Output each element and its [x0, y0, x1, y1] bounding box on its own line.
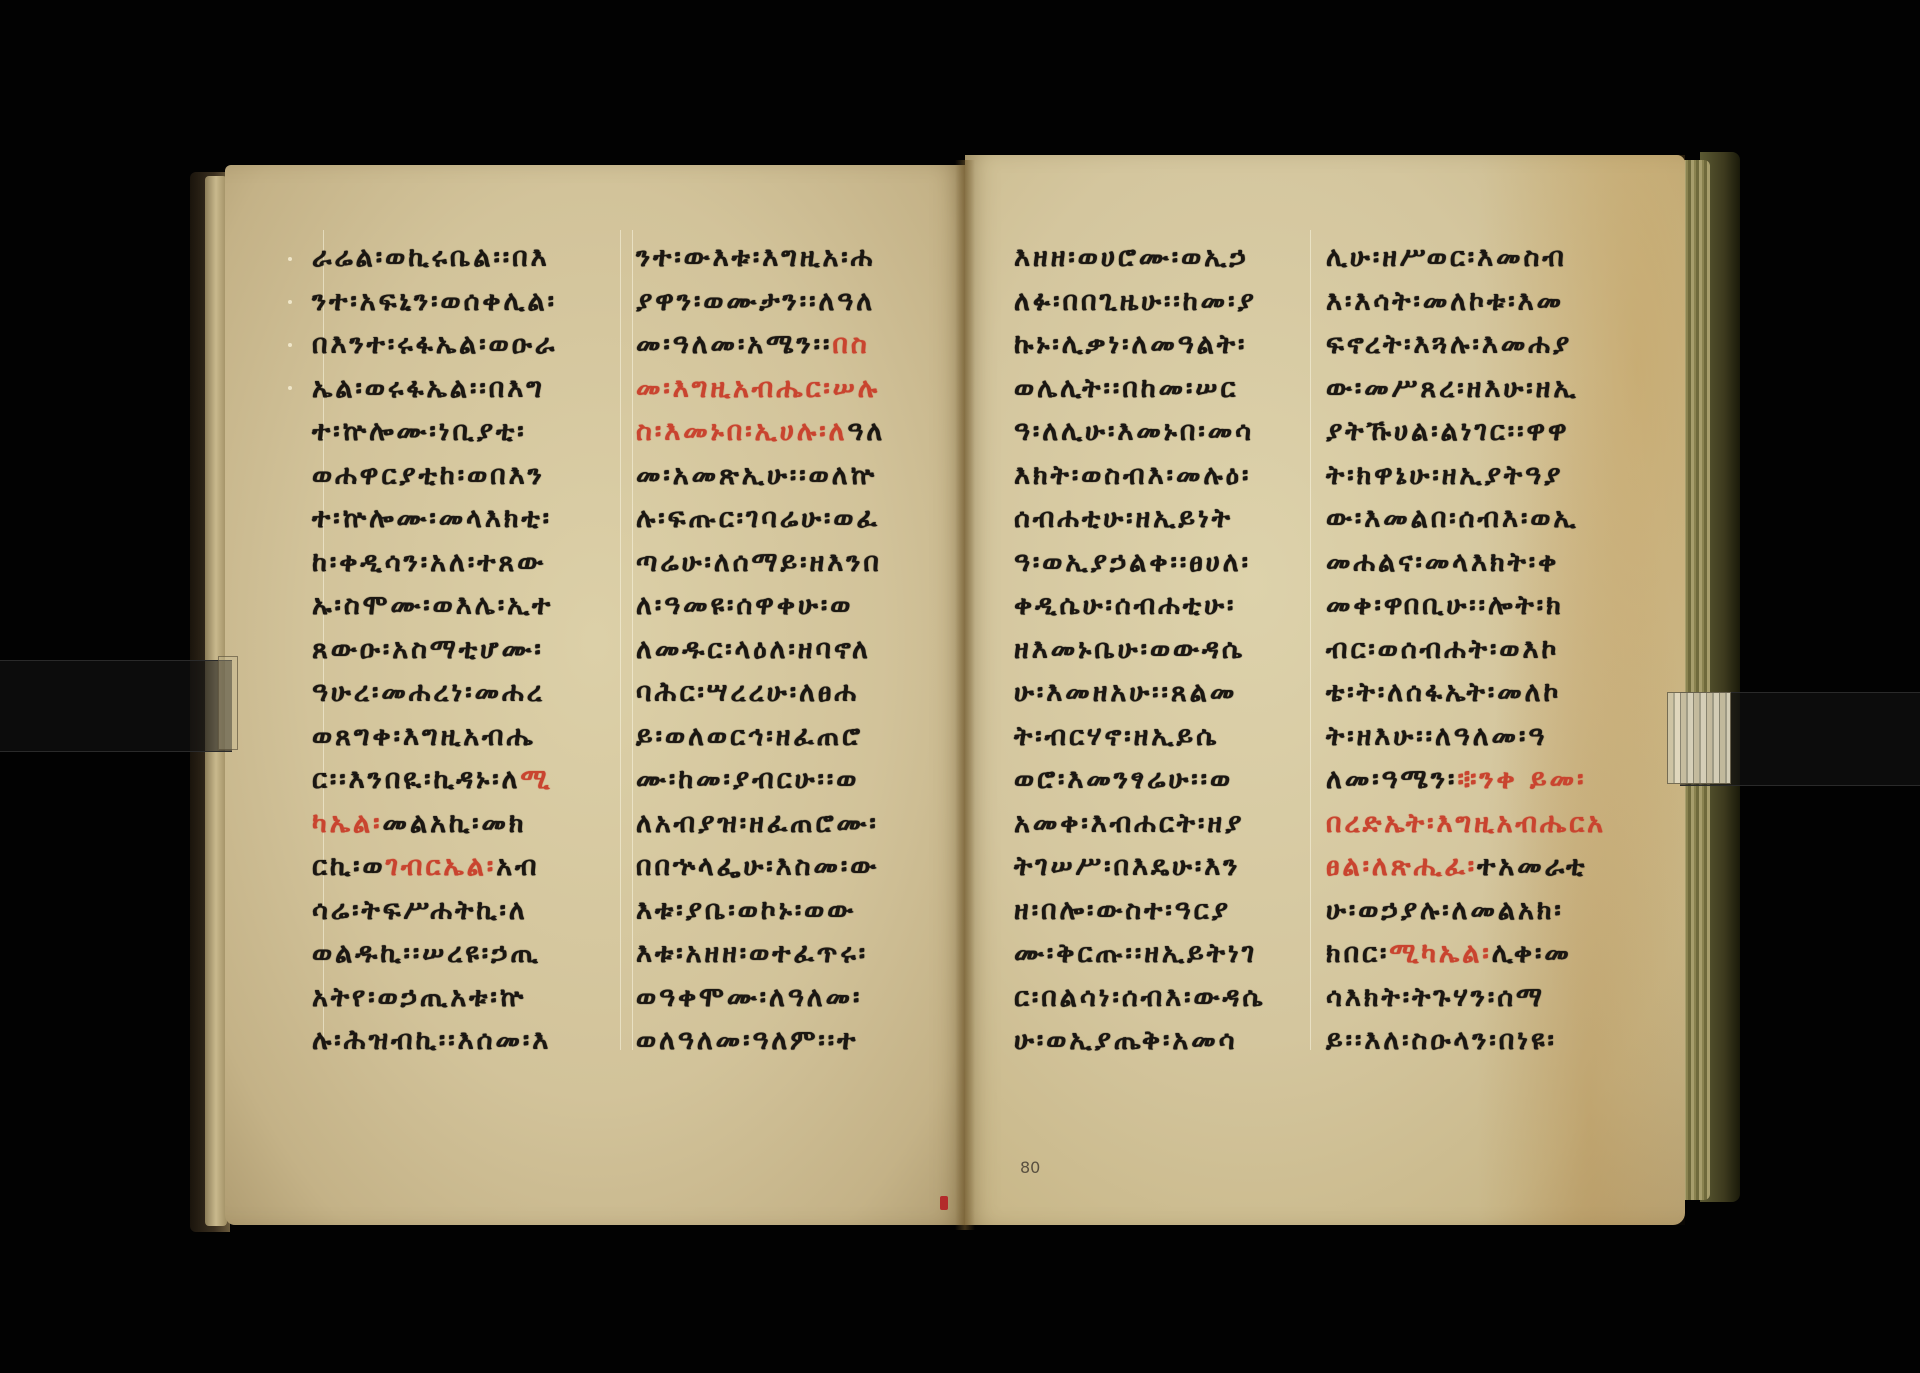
manuscript-line: ለ፡ዓመዩ፡ሰዋቀሁ፡ወ	[636, 584, 885, 628]
manuscript-line: ከ፡ቀዲሳን፡አለ፡ተጸው	[312, 541, 557, 585]
manuscript-text: እክት፡ወስብእ፡መሉዕ፡	[1014, 460, 1251, 491]
manuscript-line: ቀዲሴሁ፡ሰብሐቲሁ፡	[1014, 584, 1265, 628]
manuscript-text: ብር፡ወሰብሐት፡ወእኮ	[1326, 634, 1559, 665]
rubricated-text: ስ፡እመኑበ፡ኢሀሉ፡ለ	[636, 416, 847, 447]
manuscript-line: ስ፡እመኑበ፡ኢሀሉ፡ለዓለ	[636, 410, 885, 454]
manuscript-text: ክበር፡	[1326, 938, 1389, 969]
manuscript-line: ሁ፡እመዘአሁ፡፡ጸልመ	[1014, 671, 1265, 715]
manuscript-text: ለ፡ዓመዩ፡ሰዋቀሁ፡ወ	[636, 590, 853, 621]
manuscript-text: ዘ፡በሎ፡ውስተ፡ዓርያ	[1014, 895, 1231, 926]
manuscript-line: ብር፡ወሰብሐት፡ወእኮ	[1326, 628, 1606, 672]
manuscript-text: አብ	[496, 851, 539, 882]
manuscript-text: ትገሠሥ፡በእዴሁ፡እን	[1014, 851, 1240, 882]
manuscript-text: ው፡እመልበ፡ሰብእ፡ወኢ	[1326, 503, 1579, 534]
manuscript-line: በበኍላፌሁ፡እስመ፡ው	[636, 845, 885, 889]
manuscript-text: ይ፡ወለወርኅ፡ዘፈጠሮ	[636, 721, 863, 752]
manuscript-line: አትየ፡ወኃጢአቱ፡ኵ	[312, 976, 557, 1020]
manuscript-line: ባሕር፡ሣረረሁ፡ለፀሐ	[636, 671, 885, 715]
rubricated-text: ገብርኤል፡	[386, 851, 497, 882]
manuscript-text: ሙ፡ከመ፡ያብርሁ፡፡ወ	[636, 764, 859, 795]
manuscript-line: መሐልና፡መላእክት፡ቀ	[1326, 541, 1606, 585]
manuscript-line: ጣሬሁ፡ለሰማይ፡ዘእንበ	[636, 541, 885, 585]
manuscript-text: ከ፡ቀዲሳን፡አለ፡ተጸው	[312, 547, 546, 578]
rubricated-text: ካኤል፡	[312, 808, 383, 839]
manuscript-line: ት፡ክዋኔሁ፡ዘኢያትዓያ	[1326, 454, 1606, 498]
manuscript-line: ወሮ፡እመንፃሬሁ፡፡ወ	[1014, 758, 1265, 802]
manuscript-line: ት፡ዘእሁ፡፡ለዓለመ፡ዓ	[1326, 715, 1606, 759]
manuscript-line: ው፡መሥጸረ፡ዘእሁ፡ዘኢ	[1326, 367, 1606, 411]
manuscript-text: ት፡ዘእሁ፡፡ለዓለመ፡ዓ	[1326, 721, 1547, 752]
manuscript-line: ኡ፡ስሞሙ፡ወእሌ፡ኢተ	[312, 584, 557, 628]
manuscript-line: ዓ፡ለሊሁ፡እመኑበ፡መሳ	[1014, 410, 1265, 454]
manuscript-line: ሙ፡ከመ፡ያብርሁ፡፡ወ	[636, 758, 885, 802]
manuscript-text: ኤል፡ወሩፋኤል፡፡በእግ	[312, 373, 545, 404]
manuscript-line: ራሬል፡ወኪሩቤል፡፡በእ	[312, 236, 557, 280]
manuscript-text: እዘዘ፡ወሀሮሙ፡ወኢኃ	[1014, 242, 1249, 273]
manuscript-text: ወሌሊት፡፡በከመ፡ሠር	[1014, 373, 1238, 404]
manuscript-text: መልአኪ፡መክ	[383, 808, 527, 839]
manuscript-line: ተ፡ኵሎሙ፡ነቢያቲ፡	[312, 410, 557, 454]
manuscript-line: ለመዱር፡ላዕለ፡ዘባኖለ	[636, 628, 885, 672]
red-binding-thread	[940, 1196, 948, 1210]
manuscript-text: ያትኹሀል፡ልነገር፡፡ዋዋ	[1326, 416, 1570, 447]
pricking-hole	[288, 343, 292, 347]
manuscript-line: መቀ፡ዋበቢሁ፡፡ሎት፡ክ	[1326, 584, 1606, 628]
left-mount-strap	[0, 660, 232, 752]
manuscript-line: ሙ፡ቅርጡ፡፡ዘኢይትነገ	[1014, 932, 1265, 976]
book-gutter	[955, 160, 975, 1230]
manuscript-line: በእንተ፡ሩፋኤል፡ወዑራ	[312, 323, 557, 367]
manuscript-text: ፍኖረት፡እጓሉ፡እመሐያ	[1326, 329, 1572, 360]
manuscript-line: ዓሁረ፡መሐረነ፡መሐረ	[312, 671, 557, 715]
manuscript-text: ሙ፡ቅርጡ፡፡ዘኢይትነገ	[1014, 938, 1257, 969]
manuscript-text: ሁ፡ወኃያሉ፡ለመልአክ፡	[1326, 895, 1564, 926]
manuscript-text: ለአብያዝ፡ዘፈጠሮሙ፡	[636, 808, 879, 839]
manuscript-line: ወሐዋርያቲከ፡ወበእን	[312, 454, 557, 498]
manuscript-line: ሳሬ፡ትፍሥሐትኪ፡ለ	[312, 889, 557, 933]
manuscript-text: አመቀ፡እብሐርት፡ዘያ	[1014, 808, 1244, 839]
manuscript-line: ሰብሐቲሁ፡ዘኢይነት	[1014, 497, 1265, 541]
folio-number: 80	[1020, 1158, 1040, 1177]
manuscript-line: ያትኹሀል፡ልነገር፡፡ዋዋ	[1326, 410, 1606, 454]
manuscript-text: ጣሬሁ፡ለሰማይ፡ዘእንበ	[636, 547, 882, 578]
manuscript-text: ለፉ፡በበጊዜሁ፡፡ከመ፡ያ	[1014, 286, 1257, 317]
manuscript-line: ሁ፡ወኃያሉ፡ለመልአክ፡	[1326, 889, 1606, 933]
manuscript-text: ዘእመኑቤሁ፡ወውዳሴ	[1014, 634, 1245, 665]
manuscript-line: አመቀ፡እብሐርት፡ዘያ	[1014, 802, 1265, 846]
manuscript-text: እቱ፡ያቤ፡ወኮኑ፡ወው	[636, 895, 856, 926]
manuscript-line: ሉ፡ሕዝብኪ፡፡እሰመ፡እ	[312, 1019, 557, 1063]
left-mount-clip	[218, 656, 238, 750]
manuscript-line: ኩኑ፡ሊቃነ፡ለመዓልት፡	[1014, 323, 1265, 367]
pricking-hole	[288, 386, 292, 390]
manuscript-text: ወዓቀሞሙ፡ለዓለመ፡	[636, 982, 862, 1013]
manuscript-line: ፀል፡ለጽሒፈ፡ተአመራቲ	[1326, 845, 1606, 889]
manuscript-text: ር፡፡እንበዪ፡ኪዳኑ፡ለ	[312, 764, 520, 795]
manuscript-text: ወሐዋርያቲከ፡ወበእን	[312, 460, 545, 491]
manuscript-text: ተ፡ኵሎሙ፡ነቢያቲ፡	[312, 416, 527, 447]
manuscript-text: ኩኑ፡ሊቃነ፡ለመዓልት፡	[1014, 329, 1247, 360]
manuscript-line: ለመ፡ዓሜን፡፨ንቀ ይመ፡	[1326, 758, 1606, 802]
manuscript-line: መ፡ዓለመ፡አሜን፡፡በስ	[636, 323, 885, 367]
manuscript-text: ራሬል፡ወኪሩቤል፡፡በእ	[312, 242, 550, 273]
manuscript-line: ይ፡ወለወርኅ፡ዘፈጠሮ	[636, 715, 885, 759]
manuscript-text: ሊሁ፡ዘሥወር፡እመስብ	[1326, 242, 1567, 273]
manuscript-line: ቴ፡ት፡ለሰፋኤት፡መለኮ	[1326, 671, 1606, 715]
manuscript-line: በረድኤት፡እግዚአብሔርአ	[1326, 802, 1606, 846]
manuscript-line: መ፡አመጽኢሁ፡፡ወለኵ	[636, 454, 885, 498]
manuscript-line: ኤል፡ወሩፋኤል፡፡በእግ	[312, 367, 557, 411]
manuscript-text: ተአመራቲ	[1477, 851, 1587, 882]
manuscript-text: ሁ፡ወኢያጤቅ፡አመሳ	[1014, 1025, 1238, 1056]
manuscript-text: ዓለ	[847, 416, 885, 447]
manuscript-line: ው፡እመልበ፡ሰብእ፡ወኢ	[1326, 497, 1606, 541]
rubricated-text: ፨ንቀ ይመ፡	[1457, 764, 1586, 795]
ruling-line	[1310, 230, 1311, 1050]
manuscript-text: ኡ፡ስሞሙ፡ወእሌ፡ኢተ	[312, 590, 553, 621]
manuscript-text: ሳሬ፡ትፍሥሐትኪ፡ለ	[312, 895, 528, 926]
ruling-line	[620, 230, 621, 1050]
manuscript-text: ሁ፡እመዘአሁ፡፡ጸልመ	[1014, 677, 1237, 708]
left-page-column-2: ንተ፡ውእቱ፡እግዚአ፡ሐያዋን፡ወሙታን፡፡ለዓለመ፡ዓለመ፡አሜን፡፡በስመ…	[636, 236, 885, 1063]
manuscript-text: ወሮ፡እመንፃሬሁ፡፡ወ	[1014, 764, 1233, 795]
manuscript-line: ወጸግቀ፡እግዚአብሔ	[312, 715, 557, 759]
manuscript-text: ው፡መሥጸረ፡ዘእሁ፡ዘኢ	[1326, 373, 1579, 404]
manuscript-line: ሉ፡ፍጡር፡ገባሬሁ፡ወፈ	[636, 497, 885, 541]
manuscript-text: ት፡ብርሃኖ፡ዘኢይሴ	[1014, 721, 1219, 752]
manuscript-line: ለአብያዝ፡ዘፈጠሮሙ፡	[636, 802, 885, 846]
manuscript-line: ዘእመኑቤሁ፡ወውዳሴ	[1014, 628, 1265, 672]
manuscript-line: ክበር፡ሚካኤል፡ሊቀ፡መ	[1326, 932, 1606, 976]
ruling-line	[632, 230, 633, 1050]
manuscript-text: ወልዱኪ፡፡ሠረዩ፡ኃጢ	[312, 938, 541, 969]
manuscript-line: ወዓቀሞሙ፡ለዓለመ፡	[636, 976, 885, 1020]
manuscript-text: ዓ፡ወኢያኃልቀ፡፡ፀሀለ፡	[1014, 547, 1251, 578]
manuscript-text: መ፡ዓለመ፡አሜን፡፡	[636, 329, 832, 360]
manuscript-line: ወለዓለመ፡ዓለም፡፡ተ	[636, 1019, 885, 1063]
manuscript-text: እ፡እሳት፡መለኮቱ፡እመ	[1326, 286, 1564, 317]
right-page-column-1: እዘዘ፡ወሀሮሙ፡ወኢኃለፉ፡በበጊዜሁ፡፡ከመ፡ያኩኑ፡ሊቃነ፡ለመዓልት፡ወ…	[1014, 236, 1265, 1063]
manuscript-line: ር፡በልሳነ፡ሰብእ፡ውዳሴ	[1014, 976, 1265, 1020]
rubricated-text: በስ	[832, 329, 869, 360]
manuscript-text: ሳእክት፡ትጉሃን፡ሰማ	[1326, 982, 1545, 1013]
manuscript-text: ቀዲሴሁ፡ሰብሐቲሁ፡	[1014, 590, 1236, 621]
manuscript-text: ጸውዑ፡አስማቲሆሙ፡	[312, 634, 544, 665]
rubricated-text: መ፡እግዚአብሔር፡ሠሉ	[636, 373, 880, 404]
manuscript-text: ንተ፡ውእቱ፡እግዚአ፡ሐ	[636, 242, 875, 273]
manuscript-text: አትየ፡ወኃጢአቱ፡ኵ	[312, 982, 526, 1013]
manuscript-line: ፍኖረት፡እጓሉ፡እመሐያ	[1326, 323, 1606, 367]
manuscript-line: ያዋን፡ወሙታን፡፡ለዓለ	[636, 280, 885, 324]
manuscript-text: ለመ፡ዓሜን፡	[1326, 764, 1457, 795]
manuscript-line: እዘዘ፡ወሀሮሙ፡ወኢኃ	[1014, 236, 1265, 280]
manuscript-line: ለፉ፡በበጊዜሁ፡፡ከመ፡ያ	[1014, 280, 1265, 324]
manuscript-text: ቴ፡ት፡ለሰፋኤት፡መለኮ	[1326, 677, 1561, 708]
manuscript-text: ወጸግቀ፡እግዚአብሔ	[312, 721, 536, 752]
manuscript-line: ተ፡ኵሎሙ፡መላእክቲ፡	[312, 497, 557, 541]
manuscript-line: ጸውዑ፡አስማቲሆሙ፡	[312, 628, 557, 672]
manuscript-text: ሉ፡ሕዝብኪ፡፡እሰመ፡እ	[312, 1025, 551, 1056]
manuscript-text: መ፡አመጽኢሁ፡፡ወለኵ	[636, 460, 877, 491]
rubricated-text: ሚ	[520, 764, 552, 795]
pricking-hole	[288, 257, 292, 261]
manuscript-line: ንተ፡አፍኒን፡ወሰቀሊል፡	[312, 280, 557, 324]
manuscript-text: ሊቀ፡መ	[1492, 938, 1572, 969]
manuscript-line: ንተ፡ውእቱ፡እግዚአ፡ሐ	[636, 236, 885, 280]
manuscript-line: ትገሠሥ፡በእዴሁ፡እን	[1014, 845, 1265, 889]
manuscript-line: ት፡ብርሃኖ፡ዘኢይሴ	[1014, 715, 1265, 759]
right-mount-clip	[1667, 692, 1731, 784]
manuscript-text: መሐልና፡መላእክት፡ቀ	[1326, 547, 1559, 578]
manuscript-text: ንተ፡አፍኒን፡ወሰቀሊል፡	[312, 286, 557, 317]
manuscript-line: ሁ፡ወኢያጤቅ፡አመሳ	[1014, 1019, 1265, 1063]
manuscript-line: ዘ፡በሎ፡ውስተ፡ዓርያ	[1014, 889, 1265, 933]
rubricated-text: ፀል፡ለጽሒፈ፡	[1326, 851, 1477, 882]
manuscript-text: በበኍላፌሁ፡እስመ፡ው	[636, 851, 879, 882]
manuscript-line: ርኪ፡ወገብርኤል፡አብ	[312, 845, 557, 889]
manuscript-text: በእንተ፡ሩፋኤል፡ወዑራ	[312, 329, 557, 360]
manuscript-text: መቀ፡ዋበቢሁ፡፡ሎት፡ክ	[1326, 590, 1564, 621]
manuscript-text: እቱ፡አዘዘ፡ወተፈጥሩ፡	[636, 938, 868, 969]
manuscript-line: ካኤል፡መልአኪ፡መክ	[312, 802, 557, 846]
manuscript-text: ይ፡፡እለ፡ስዑላን፡በነዩ፡	[1326, 1025, 1557, 1056]
manuscript-line: ዓ፡ወኢያኃልቀ፡፡ፀሀለ፡	[1014, 541, 1265, 585]
manuscript-text: ተ፡ኵሎሙ፡መላእክቲ፡	[312, 503, 552, 534]
manuscript-text: ባሕር፡ሣረረሁ፡ለፀሐ	[636, 677, 859, 708]
manuscript-text: ያዋን፡ወሙታን፡፡ለዓለ	[636, 286, 875, 317]
manuscript-line: ወሌሊት፡፡በከመ፡ሠር	[1014, 367, 1265, 411]
manuscript-line: ወልዱኪ፡፡ሠረዩ፡ኃጢ	[312, 932, 557, 976]
manuscript-line: እክት፡ወስብእ፡መሉዕ፡	[1014, 454, 1265, 498]
manuscript-text: ት፡ክዋኔሁ፡ዘኢያትዓያ	[1326, 460, 1563, 491]
right-page-column-2: ሊሁ፡ዘሥወር፡እመስብእ፡እሳት፡መለኮቱ፡እመፍኖረት፡እጓሉ፡እመሐያው፡…	[1326, 236, 1606, 1063]
manuscript-text: ዓ፡ለሊሁ፡እመኑበ፡መሳ	[1014, 416, 1254, 447]
manuscript-text: ዓሁረ፡መሐረነ፡መሐረ	[312, 677, 545, 708]
manuscript-line: ር፡፡እንበዪ፡ኪዳኑ፡ለሚ	[312, 758, 557, 802]
pricking-hole	[288, 300, 292, 304]
rubricated-text: በረድኤት፡እግዚአብሔርአ	[1326, 808, 1606, 839]
manuscript-line: ሳእክት፡ትጉሃን፡ሰማ	[1326, 976, 1606, 1020]
manuscript-line: ሊሁ፡ዘሥወር፡እመስብ	[1326, 236, 1606, 280]
manuscript-text: ወለዓለመ፡ዓለም፡፡ተ	[636, 1025, 858, 1056]
manuscript-line: እቱ፡አዘዘ፡ወተፈጥሩ፡	[636, 932, 885, 976]
manuscript-text: ርኪ፡ወ	[312, 851, 386, 882]
manuscript-text: ር፡በልሳነ፡ሰብእ፡ውዳሴ	[1014, 982, 1265, 1013]
manuscript-line: እ፡እሳት፡መለኮቱ፡እመ	[1326, 280, 1606, 324]
manuscript-line: መ፡እግዚአብሔር፡ሠሉ	[636, 367, 885, 411]
manuscript-text: ሰብሐቲሁ፡ዘኢይነት	[1014, 503, 1233, 534]
rubricated-text: ሚካኤል፡	[1389, 938, 1491, 969]
left-page-column-1: ራሬል፡ወኪሩቤል፡፡በእንተ፡አፍኒን፡ወሰቀሊል፡በእንተ፡ሩፋኤል፡ወዑራ…	[312, 236, 557, 1063]
manuscript-line: ይ፡፡እለ፡ስዑላን፡በነዩ፡	[1326, 1019, 1606, 1063]
manuscript-text: ለመዱር፡ላዕለ፡ዘባኖለ	[636, 634, 871, 665]
manuscript-text: ሉ፡ፍጡር፡ገባሬሁ፡ወፈ	[636, 503, 880, 534]
manuscript-line: እቱ፡ያቤ፡ወኮኑ፡ወው	[636, 889, 885, 933]
